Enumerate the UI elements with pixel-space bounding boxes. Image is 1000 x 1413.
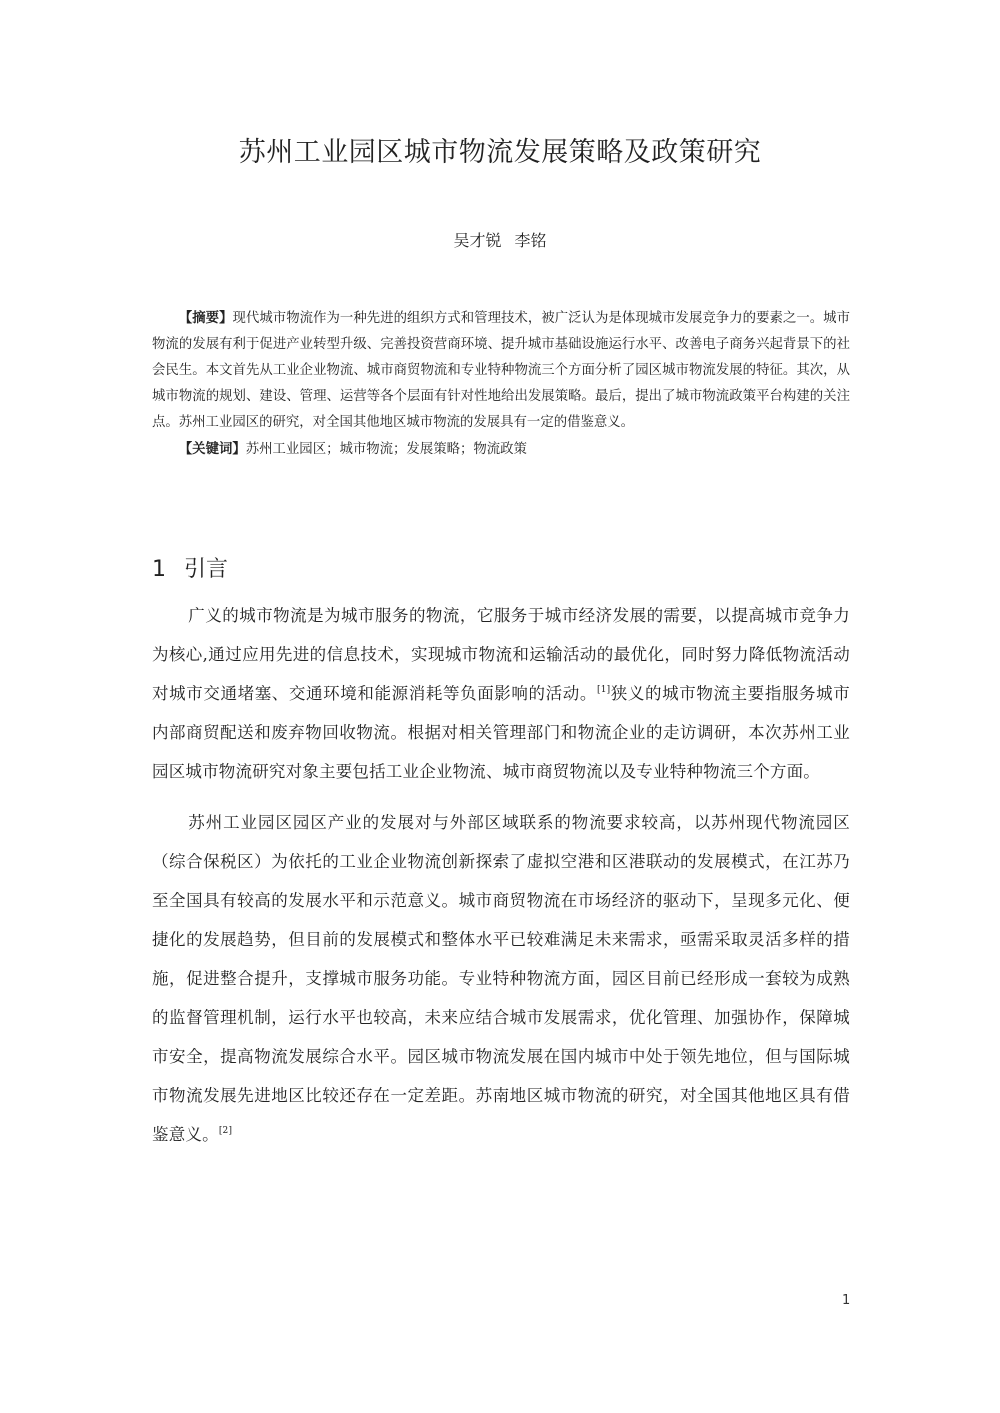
section-number: 1 bbox=[152, 557, 166, 582]
keywords-paragraph: 【关键词】苏州工业园区；城市物流；发展策略；物流政策 bbox=[152, 436, 850, 463]
body-paragraph: 广义的城市物流是为城市服务的物流，它服务于城市经济发展的需要，以提高城市竞争力为… bbox=[152, 596, 850, 791]
section-title: 引言 bbox=[184, 557, 228, 582]
keywords-text: 苏州工业园区；城市物流；发展策略；物流政策 bbox=[246, 442, 527, 457]
abstract-text: 现代城市物流作为一种先进的组织方式和管理技术，被广泛认为是体现城市发展竞争力的要… bbox=[152, 311, 850, 430]
section-body: 广义的城市物流是为城市服务的物流，它服务于城市经济发展的需要，以提高城市竞争力为… bbox=[152, 596, 850, 1154]
abstract-paragraph: 【摘要】现代城市物流作为一种先进的组织方式和管理技术，被广泛认为是体现城市发展竞… bbox=[152, 305, 850, 436]
abstract-label: 【摘要】 bbox=[179, 310, 233, 326]
citation-ref[interactable]: [1] bbox=[597, 685, 610, 695]
document-page: 苏州工业园区城市物流发展策略及政策研究 吴才锐 李铭 【摘要】现代城市物流作为一… bbox=[0, 0, 1000, 1413]
section-heading: 1引言 bbox=[152, 552, 228, 583]
paragraph-text: 苏州工业园区园区产业的发展对与外部区域联系的物流要求较高，以苏州现代物流园区（综… bbox=[152, 813, 850, 1144]
keywords-label: 【关键词】 bbox=[179, 441, 246, 457]
author-name: 李铭 bbox=[515, 231, 547, 250]
citation-ref[interactable]: [2] bbox=[219, 1126, 232, 1136]
body-paragraph: 苏州工业园区园区产业的发展对与外部区域联系的物流要求较高，以苏州现代物流园区（综… bbox=[152, 803, 850, 1154]
author-list: 吴才锐 李铭 bbox=[0, 228, 1000, 251]
abstract-block: 【摘要】现代城市物流作为一种先进的组织方式和管理技术，被广泛认为是体现城市发展竞… bbox=[152, 305, 850, 463]
author-name: 吴才锐 bbox=[453, 231, 501, 250]
paper-title: 苏州工业园区城市物流发展策略及政策研究 bbox=[0, 130, 1000, 169]
page-number: 1 bbox=[842, 1293, 850, 1308]
